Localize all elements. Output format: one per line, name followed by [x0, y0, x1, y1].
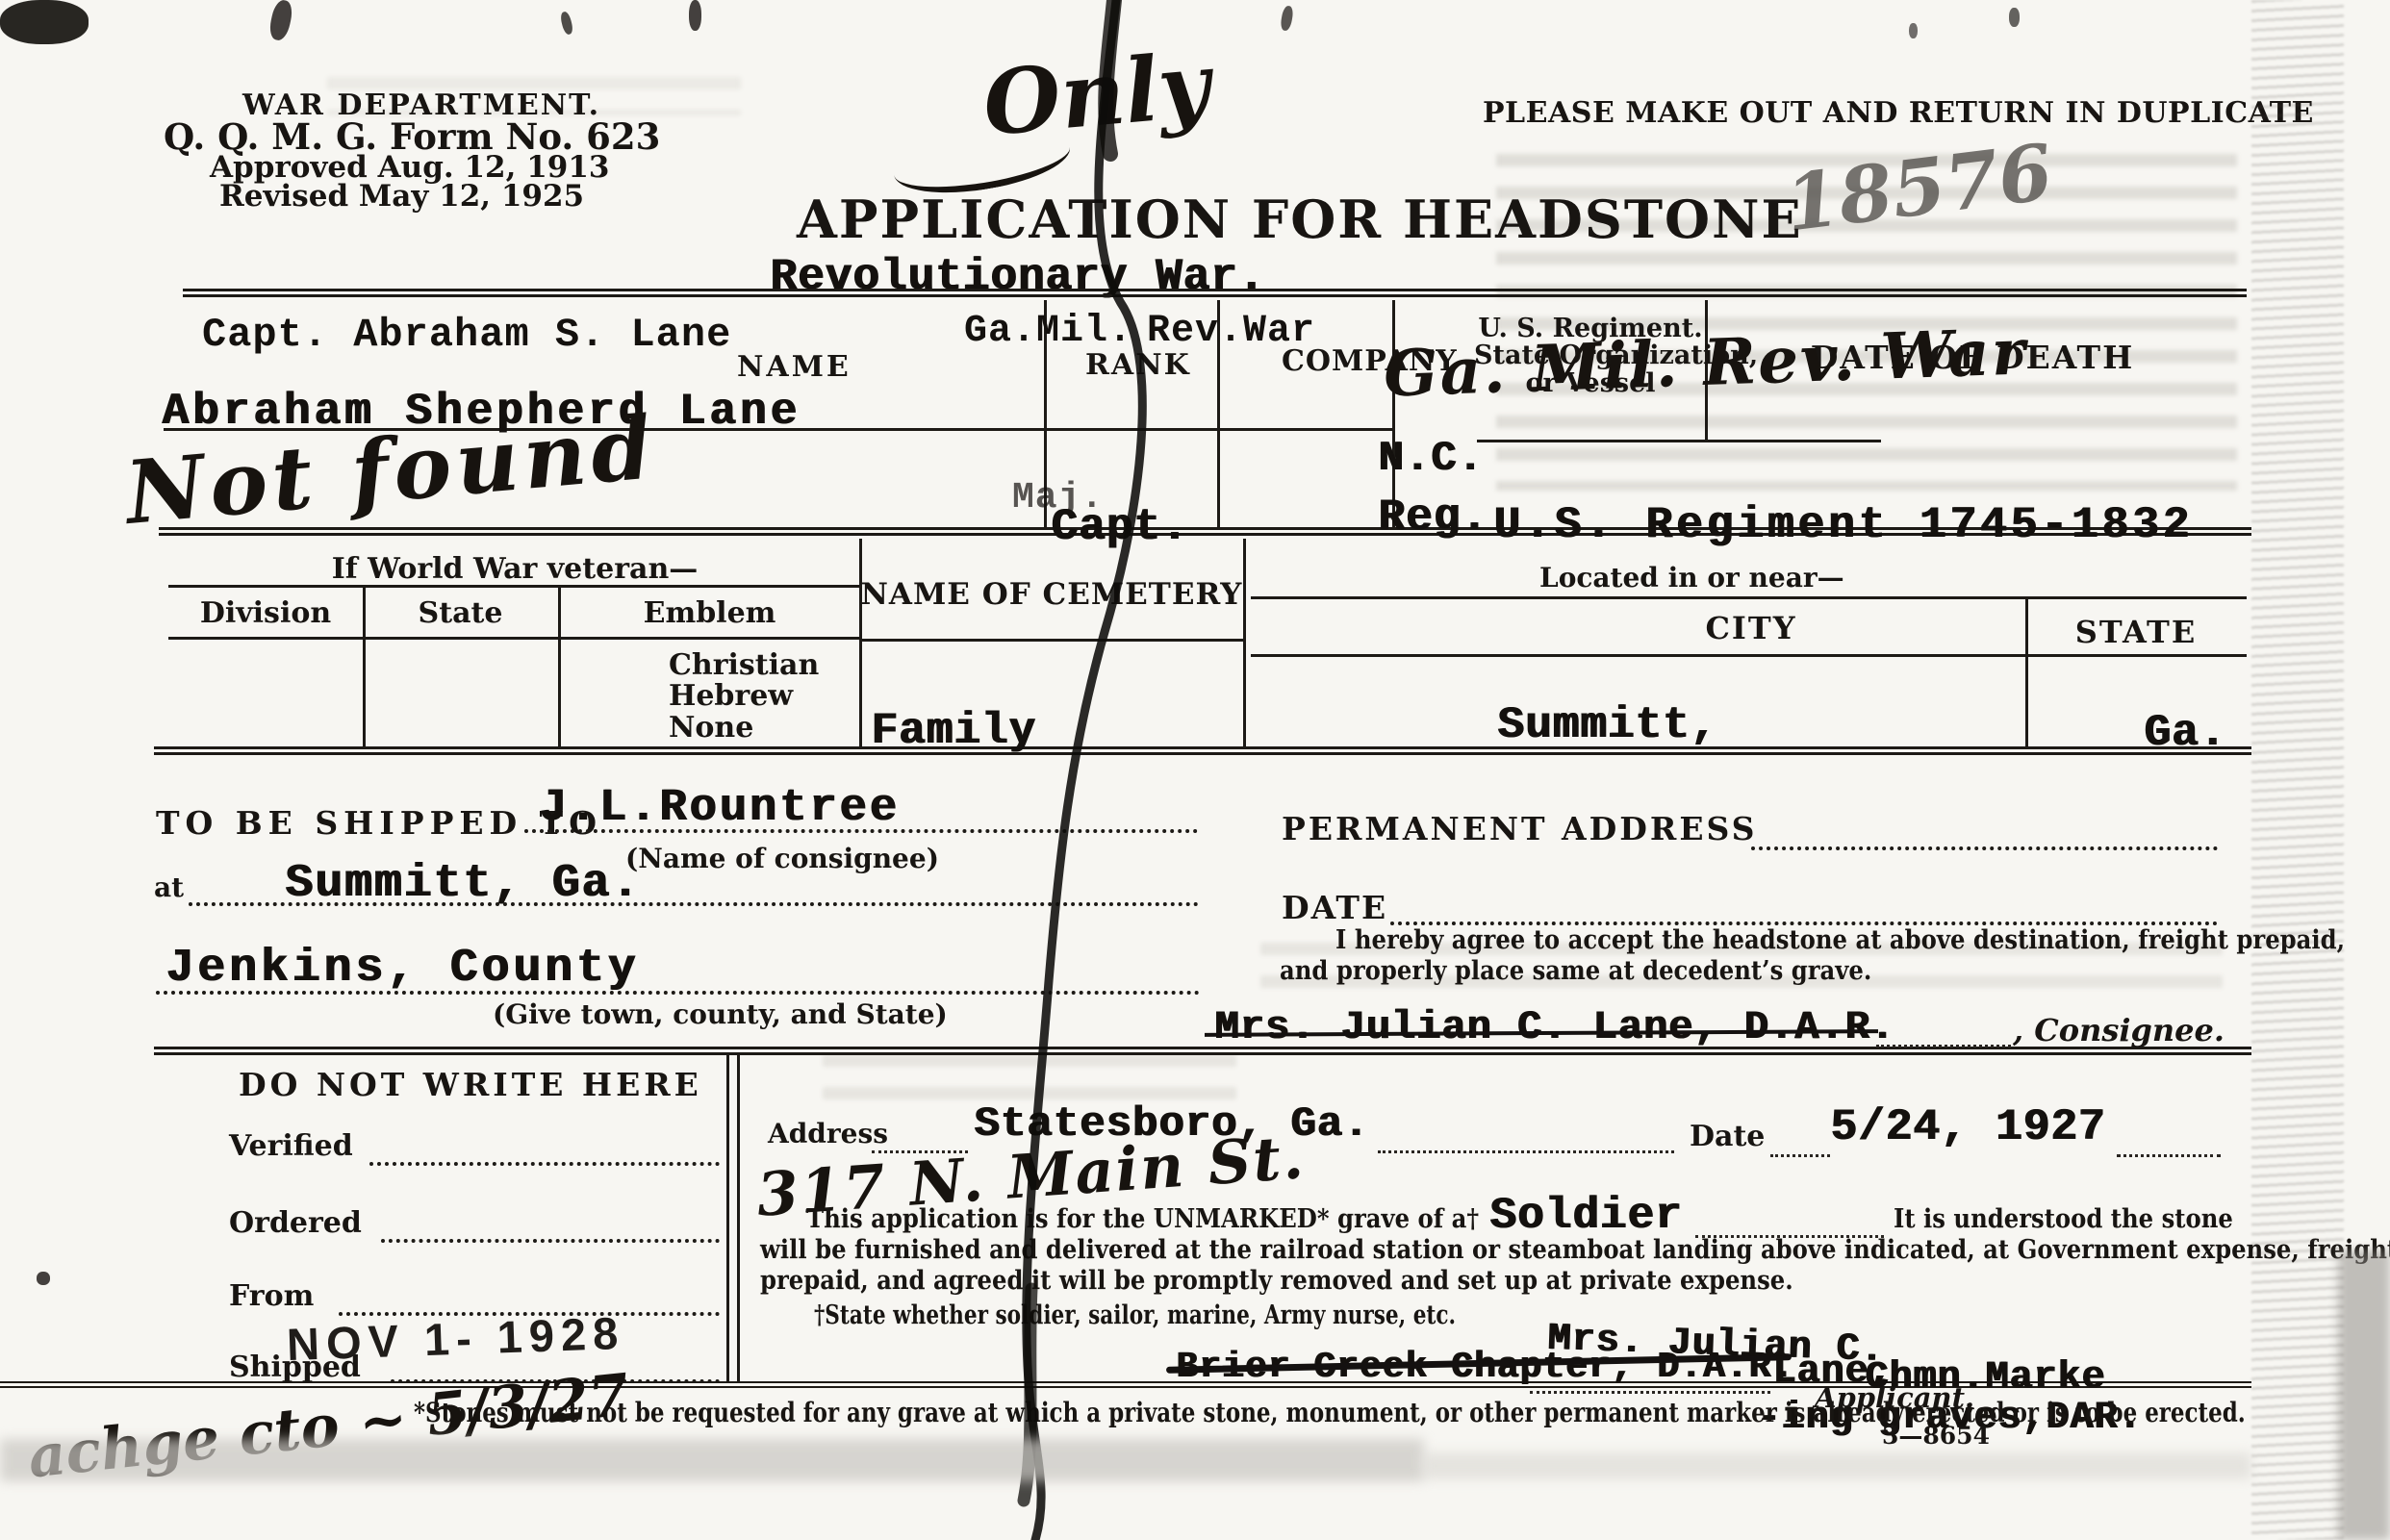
- rank-entry-typed: Ga.Mil.: [964, 310, 1132, 353]
- date-label: DATE: [1282, 889, 1387, 926]
- verified-label: Verified: [229, 1129, 353, 1163]
- consignee-signature-typed: Mrs. Julian C. Lane, D.A.R.: [1214, 1004, 1895, 1050]
- city-state-labels-underline: [1251, 654, 2247, 657]
- located-underline: [1251, 596, 2247, 599]
- consignee-suffix-label: , Consignee.: [2013, 1012, 2225, 1048]
- scan-blotch: [267, 0, 294, 42]
- cemetery-label: NAME OF CEMETERY: [859, 577, 1244, 612]
- located-in-label: Located in or near—: [1539, 562, 1809, 593]
- city-value-typed: Summitt,: [1497, 700, 1717, 750]
- consignee-dotted-line: [524, 829, 1198, 833]
- revised-date-line: Revised May 12, 1925: [219, 179, 584, 214]
- footnote-text: *Stones must not be requested for any gr…: [414, 1397, 2246, 1428]
- emblem-option-none: None: [669, 713, 819, 744]
- regiment-field-line: [1477, 440, 1881, 442]
- scan-blotch: [37, 1272, 50, 1285]
- name-column-label: NAME: [737, 350, 852, 384]
- application-para-tail: It is understood the stone: [1894, 1204, 2233, 1234]
- at-label: at: [154, 871, 184, 903]
- agreement-line1: I hereby agree to accept the headstone a…: [1335, 925, 2345, 955]
- bottom-smudge-band: [1424, 1452, 2251, 1479]
- permanent-address-dotted: [1751, 846, 2218, 850]
- application-para-intro: This application is for the UNMARKED* gr…: [806, 1204, 1479, 1234]
- chapter-dotted-line: [1530, 1391, 1770, 1394]
- office-box-divider: [726, 1053, 729, 1383]
- application-date-label: Date: [1690, 1120, 1765, 1153]
- permanent-address-label: PERMANENT ADDRESS: [1282, 810, 1757, 847]
- application-date-dotted-post: [2117, 1154, 2221, 1157]
- scan-blotch: [2009, 8, 2020, 27]
- application-date-typed: 5/24, 1927: [1830, 1102, 2105, 1152]
- county-value-typed: Jenkins, County: [165, 943, 639, 995]
- scan-blotch: [1909, 23, 1918, 38]
- right-edge-shade: [2338, 1250, 2390, 1540]
- do-not-write-header: DO NOT WRITE HERE: [239, 1066, 702, 1103]
- city-left-divider: [1243, 539, 1246, 746]
- rule-under-cemetery-row: [154, 746, 2251, 755]
- address-dotted-post: [1378, 1150, 1674, 1153]
- world-war-veteran-header: If World War veteran—: [168, 552, 861, 586]
- headstone-application-form: WAR DEPARTMENT. Q. Q. M. G. Form No. 623…: [0, 0, 2390, 1540]
- right-edge-noise: [2251, 0, 2344, 1540]
- state-value-typed: Ga.: [2144, 708, 2226, 758]
- emblem-option-hebrew: Hebrew: [669, 681, 819, 712]
- bleedthrough-text-artifact: [823, 1054, 1236, 1100]
- company-state-typed: N.C.: [1378, 435, 1484, 483]
- rule-top: [183, 289, 2247, 297]
- rule-under-shipping-row: [154, 1047, 2251, 1055]
- page-title: APPLICATION FOR HEADSTONE: [797, 189, 1803, 250]
- consignee-caption: (Name of consignee): [625, 843, 939, 874]
- cemetery-left-divider: [859, 539, 862, 746]
- soldier-name-typed: Capt. Abraham S. Lane: [202, 312, 731, 358]
- dagger-note: †State whether soldier, sailor, marine, …: [814, 1300, 1456, 1330]
- emblem-label: Emblem: [558, 596, 861, 630]
- date-received-stamp: NOV 1- 1928: [286, 1306, 625, 1371]
- regiment-typed-entry: U.S. Regiment 1745-1832: [1493, 500, 2193, 550]
- company-reg-typed: Reg.: [1378, 492, 1487, 543]
- scan-blotch: [559, 11, 574, 36]
- emblem-option-christian: Christian: [669, 650, 819, 681]
- cemetery-label-underline: [859, 639, 1243, 642]
- emblem-options: Christian Hebrew None: [669, 650, 819, 744]
- bottom-smudge-band: [0, 1439, 1424, 1481]
- state-label: State: [363, 596, 558, 630]
- rank-capt-typed: Capt.: [1051, 502, 1188, 552]
- application-para-line2: will be furnished and delivered at the r…: [760, 1235, 2390, 1265]
- scan-blotch: [0, 0, 89, 44]
- address-label: Address: [768, 1118, 888, 1149]
- ww-labels-underline: [168, 637, 861, 640]
- consignee-name-typed: J.L.Rountree: [539, 783, 899, 834]
- state-column-label: STATE: [2025, 614, 2247, 650]
- application-para-line3: prepaid, and agreed it will be promptly …: [760, 1266, 1793, 1296]
- shipped-to-label: TO BE SHIPPED TO: [156, 804, 602, 842]
- application-date-dotted-pre: [1770, 1154, 1830, 1157]
- agreement-line2: and properly place same at decedent’s gr…: [1280, 956, 1871, 986]
- ww-header-underline: [168, 585, 861, 588]
- division-label: Division: [168, 596, 363, 630]
- county-dotted-line: [156, 991, 1200, 995]
- rank-column-label: RANK: [1085, 348, 1191, 382]
- grave-type-typed: Soldier: [1489, 1191, 1682, 1241]
- scan-blotch: [1280, 5, 1294, 32]
- duplicate-notice: PLEASE MAKE OUT AND RETURN IN DUPLICATE: [1483, 96, 2314, 130]
- signature-dotted-line: [1876, 1045, 2011, 1048]
- county-caption: (Give town, county, and State): [493, 998, 948, 1030]
- ordered-label: Ordered: [229, 1206, 362, 1240]
- office-box-divider: [737, 1053, 740, 1383]
- city-column-label: CITY: [1477, 610, 2025, 646]
- verified-dotted: [369, 1162, 720, 1166]
- cemetery-value-typed: Family: [871, 706, 1036, 756]
- at-value-typed: Summitt, Ga.: [285, 858, 641, 910]
- applicant-role-line1-typed: Chmn.Marke: [1865, 1356, 2105, 1400]
- from-label: From: [229, 1279, 314, 1313]
- scan-blotch: [689, 0, 701, 31]
- ordered-dotted: [381, 1239, 720, 1243]
